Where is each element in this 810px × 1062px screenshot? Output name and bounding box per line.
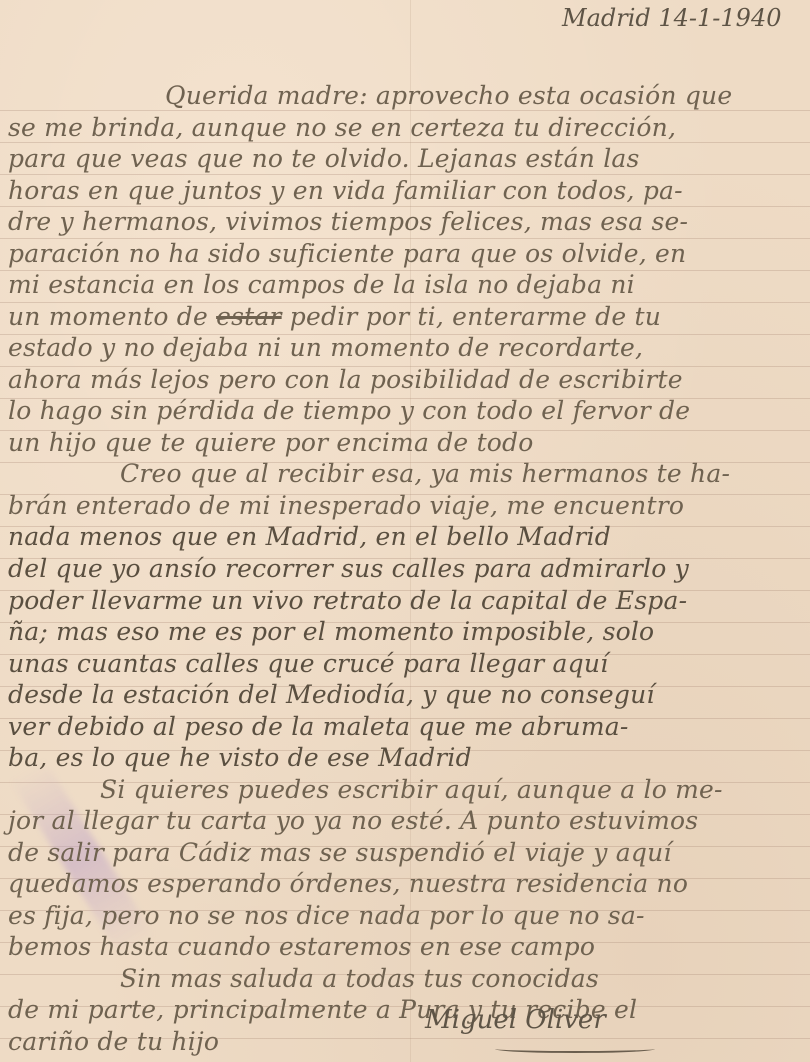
letter-line: horas en que juntos y en vida familiar c… xyxy=(8,175,683,207)
letter-line: Querida madre: aprovecho esta ocasión qu… xyxy=(165,80,732,112)
letter-line: unas cuantas calles que crucé para llega… xyxy=(8,648,608,680)
letter-line: de salir para Cádiz mas se suspendió el … xyxy=(8,837,672,869)
letter-line: desde la estación del Mediodía, y que no… xyxy=(8,679,655,711)
letter-line: del que yo ansío recorrer sus calles par… xyxy=(8,553,689,585)
letter-line: quedamos esperando órdenes, nuestra resi… xyxy=(8,868,688,900)
letter-line: ña; mas eso me es por el momento imposib… xyxy=(8,616,654,648)
letter-line: estado y no dejaba ni un momento de reco… xyxy=(8,332,643,364)
letter-line: Creo que al recibir esa, ya mis hermanos… xyxy=(120,458,730,490)
letter-line: brán enterado de mi inesperado viaje, me… xyxy=(8,490,684,522)
letter-line: Sin mas saluda a todas tus conocidas xyxy=(120,963,599,995)
letter-line: ba, es lo que he visto de ese Madrid xyxy=(8,742,472,774)
letter-place-date: Madrid 14-1-1940 xyxy=(562,4,782,32)
letter-line: jor al llegar tu carta yo ya no esté. A … xyxy=(8,805,698,837)
signature-underline xyxy=(495,1045,655,1053)
letter-line: lo hago sin pérdida de tiempo y con todo… xyxy=(8,395,690,427)
letter-line: poder llevarme un vivo retrato de la cap… xyxy=(8,585,687,617)
letter-line: nada menos que en Madrid, en el bello Ma… xyxy=(8,521,611,553)
letter-page: Madrid 14-1-1940 Querida madre: aprovech… xyxy=(0,0,810,1062)
letter-line: bemos hasta cuando estaremos en ese camp… xyxy=(8,931,595,963)
letter-line: mi estancia en los campos de la isla no … xyxy=(8,269,635,301)
signature: Miguel Oliver xyxy=(425,1005,606,1035)
letter-line: ahora más lejos pero con la posibilidad … xyxy=(8,364,683,396)
letter-line: se me brinda, aunque no se en certeza tu… xyxy=(8,112,676,144)
letter-line: un hijo que te quiere por encima de todo xyxy=(8,427,534,459)
letter-line: dre y hermanos, vivimos tiempos felices,… xyxy=(8,206,688,238)
letter-line: un momento de estar pedir por ti, entera… xyxy=(8,301,661,333)
letter-line: es fija, pero no se nos dice nada por lo… xyxy=(8,900,645,932)
struck-out-word: estar xyxy=(216,302,282,331)
letter-line: cariño de tu hijo xyxy=(8,1026,219,1058)
letter-line: para que veas que no te olvido. Lejanas … xyxy=(8,143,640,175)
letter-line: ver debido al peso de la maleta que me a… xyxy=(8,711,629,743)
letter-line: paración no ha sido suficiente para que … xyxy=(8,238,686,270)
letter-line: Si quieres puedes escribir aquí, aunque … xyxy=(100,774,723,806)
